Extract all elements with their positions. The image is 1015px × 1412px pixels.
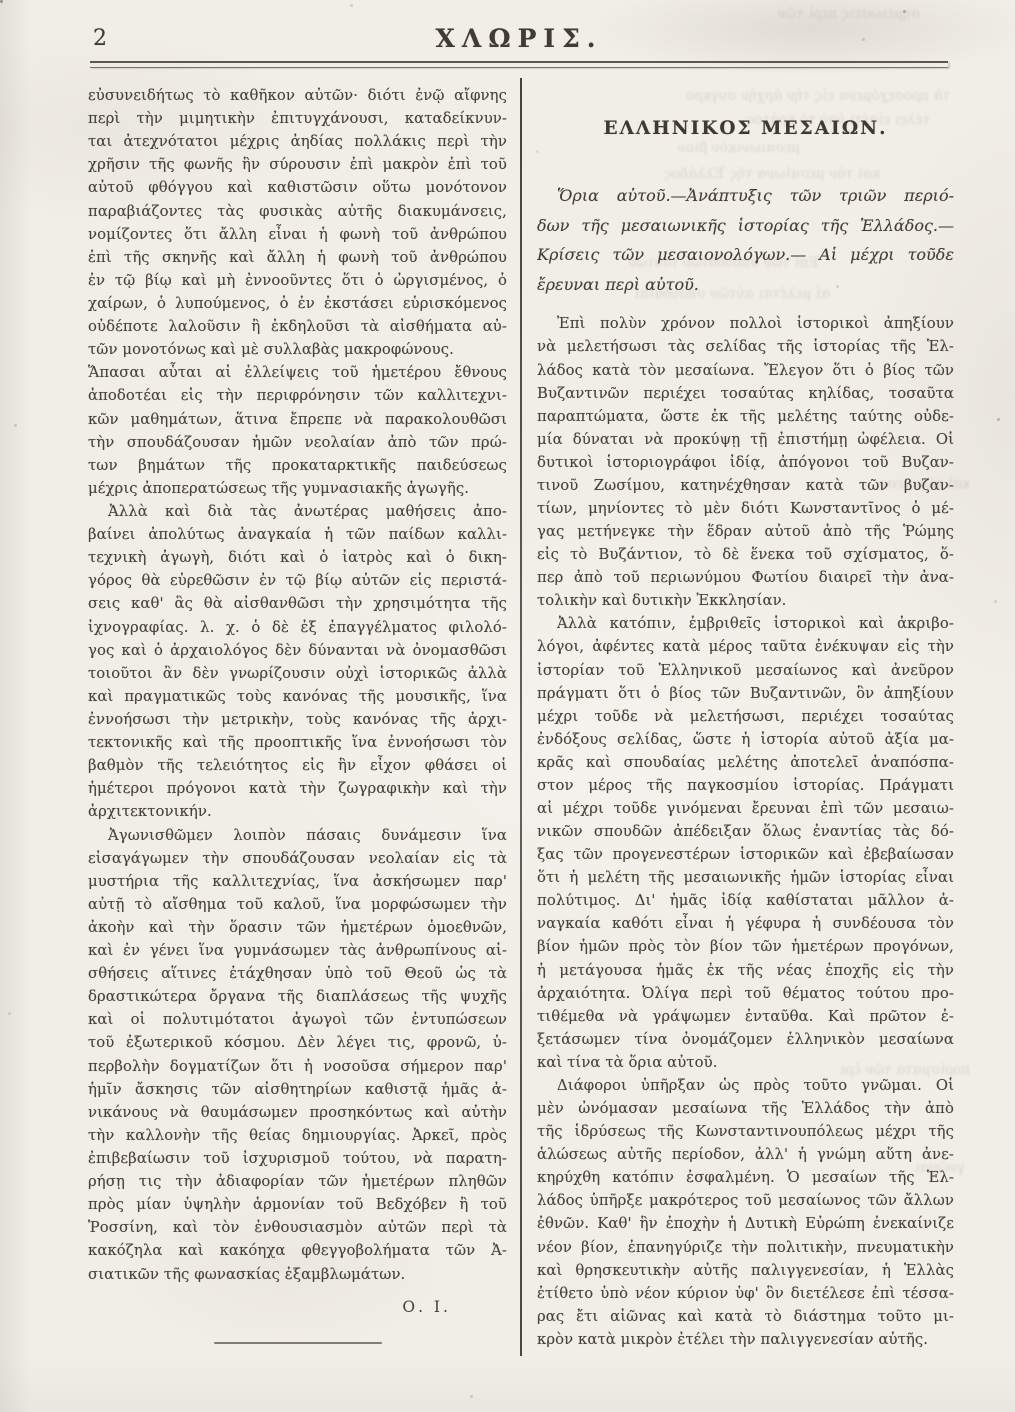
text-line: βαθμὸν τῆς τελειότητος εἰς ἣν εἶχον φθάσ… — [88, 754, 507, 777]
text-line: χρῆσιν τῆς φωνῆς ἣν σύρουσιν ἐπὶ μακρὸν … — [88, 153, 507, 176]
text-line: παραπτώματα, ὥστε ἐκ τῆς μελέτης ταύτης … — [537, 405, 954, 428]
article-body: Ἐπὶ πολὺν χρόνον πολλοὶ ἱστορικοὶ ἀπηξίο… — [537, 312, 954, 1351]
text-line: νικῶν σπουδῶν ἀπέδειξαν ὅλως ἐναντίας τὰ… — [537, 820, 954, 843]
text-line: ναγκαία καθότι εἶναι ἡ γέφυρα ἡ συνδέουσ… — [537, 912, 954, 935]
text-line: τολικὴν καὶ δυτικὴν Ἐκκλησίαν. — [537, 589, 954, 612]
text-line: ἀποδοτέαι εἰς τὴν περιφρόνησιν τῶν καλλι… — [88, 384, 507, 407]
text-line: ἡμῖν ἄσκησις τῶν αἰσθητηρίων καθιστᾷ ἡμᾶ… — [88, 1078, 507, 1101]
text-line: νομίζοντες ὅτι ἄλλη εἶναι ἡ φωνὴ τοῦ ἀνθ… — [88, 223, 507, 246]
text-line: δυτικοὶ ἱστοριογράφοι ἰδίᾳ, ἀπόγονοι τοῦ… — [537, 451, 954, 474]
text-line: ἀκοὴν καὶ τὴν ὅρασιν τῶν ἡμετέρων ὁμοεθν… — [88, 916, 507, 939]
text-line: τίων, μηνίοντες τὸ μὲν διότι Κωνσταντῖνο… — [537, 497, 954, 520]
bleedthrough-line: σημειώσεις περὶ τῶν — [760, 6, 920, 22]
text-line: κακόζηλα καὶ κακόηχα φθεγγοβολήματα τῶν … — [88, 1239, 507, 1262]
text-line: πρὸς μίαν ὑψηλὴν ἁρμονίαν τοῦ Βεδχόβεν ἢ… — [88, 1193, 507, 1216]
text-line: κῶν μαθημάτων, ἅτινα ἔπρεπε νὰ παρακολου… — [88, 408, 507, 431]
text-line: ται ἀτεχνότατοι μέχρις ἀηδίας πολλάκις π… — [88, 130, 507, 153]
text-line: σθήσεις αἵτινες ἐτάχθησαν ὑπὸ τοῦ Θεοῦ ὡ… — [88, 962, 507, 985]
text-line: Ἀγωνισθῶμεν λοιπὸν πάσαις δυνάμεσιν ἵνα — [88, 824, 507, 847]
text-line: καὶ τίνα τὰ ὅρια αὐτοῦ. — [537, 1051, 954, 1074]
left-column-text: εὐσυνειδήτως τὸ καθῆκον αὐτῶν· διότι ἐνῷ… — [88, 84, 507, 1286]
text-line: καὶ θρησκευτικὴν αὐτῆς παλιγγενεσίαν, ἡ … — [537, 1259, 954, 1282]
text-line: Ἀλλὰ καὶ διὰ τὰς ἀνωτέρας μαθήσεις ἀπο- — [88, 500, 507, 523]
text-line: λάδος ὑπῆρξε μακρότερος τοῦ μεσαίωνος τῶ… — [537, 1189, 954, 1212]
text-line: μία δύναται νὰ προκύψῃ τῇ ἐπιστήμῃ ὠφέλε… — [537, 428, 954, 451]
text-line: κρᾶς καὶ σπουδαίας μελέτης ἀποτελεῖ ἀναπ… — [537, 751, 954, 774]
text-line: Ῥοσσίνη, καὶ τὸν ἐνθουσιασμὸν αὐτῶν περὶ… — [88, 1216, 507, 1239]
text-line: Ἅπασαι αὗται αἱ ἐλλείψεις τοῦ ἡμετέρου ἔ… — [88, 361, 507, 384]
text-line: αὐτοῦ φθόγγου καὶ καθιστῶσιν οὕτω μονότο… — [88, 176, 507, 199]
text-line: νὰ μελετήσωσι τὰς σελίδας τῆς ἱστορίας τ… — [537, 335, 954, 358]
text-line: εἰσαγάγωμεν τὴν σπουδάζουσαν νεολαίαν εἰ… — [88, 847, 507, 870]
text-line: γόρος θὰ εὑρεθῶσιν ἐν τῷ βίῳ αὐτῶν εἰς π… — [88, 569, 507, 592]
text-line: μέχρι τοῦδε νὰ μελετήσωσι, περιέχει τοσα… — [537, 705, 954, 728]
masthead-title: ΧΛΩΡΙΣ. — [90, 24, 948, 53]
text-line: πράγματι ὅτι ὁ βίος τῶν Βυζαντινῶν, ὃν ἀ… — [537, 682, 954, 705]
text-line: πολύτιμος. Δι' ἡμᾶς ἰδίᾳ καθίσταται μᾶλλ… — [537, 889, 954, 912]
text-line: τοῦ ἐξωτερικοῦ κόσμου. Δὲν λέγει τις, φρ… — [88, 1031, 507, 1054]
text-line: αὐτῇ τὸ αἴσθημα τοῦ καλοῦ, ἵνα μορφώσωμε… — [88, 893, 507, 916]
subtitle-line: ἔρευναι περὶ αὐτοῦ. — [537, 270, 954, 300]
text-line: εὐσυνειδήτως τὸ καθῆκον αὐτῶν· διότι ἐνῷ… — [88, 84, 507, 107]
text-line: βίον ἡμῶν πρὸς τὸν βίον τῶν ἡμετέρων προ… — [537, 935, 954, 958]
text-line: τεκτονικῆς καὶ τῆς προοπτικῆς ἵνα ἐννοήσ… — [88, 731, 507, 754]
column-divider — [520, 78, 522, 1356]
text-line: καὶ ἐν γένει ἵνα γυμνάσωμεν τὰς ἀνθρωπίν… — [88, 939, 507, 962]
article-subtitle: Ὅρια αὐτοῦ.—Ἀνάπτυξις τῶν τριῶν περιό-δω… — [537, 181, 954, 299]
text-line: Βυζαντινῶν περιέχει τοσαύτας κηλίδας, το… — [537, 382, 954, 405]
text-line: τιθέμεθα νὰ γράψωμεν ἐνταῦθα. Καὶ πρῶτον… — [537, 1005, 954, 1028]
left-column-article: εὐσυνειδήτως τὸ καθῆκον αὐτῶν· διότι ἐνῷ… — [88, 84, 507, 1344]
text-line: γας μετήνεγκε τὴν ἕδραν αὐτοῦ ἀπὸ τῆς Ῥώ… — [537, 520, 954, 543]
text-line: τῆς ἱδρύσεως τῆς Κωνσταντινουπόλεως μέχρ… — [537, 1120, 954, 1143]
text-line: ρήσῃ τις τὴν ἀδιαφορίαν τῶν ἡμετέρων πλη… — [88, 1170, 507, 1193]
text-line: ξετάσωμεν τίνα ὀνομάζομεν ἑλληνικὸν μεσα… — [537, 1028, 954, 1051]
text-line: ρας ἔτι αἰῶνας καὶ κατὰ τὸ διάστημα τοῦτ… — [537, 1305, 954, 1328]
text-line: περβολὴν δογματίζων ὅτι ἡ νοσοῦσα σήμερο… — [88, 1055, 507, 1078]
text-line: χαίρων, ὁ λυπούμενος, ὁ ἐν ἐκστάσει εὑρι… — [88, 292, 507, 315]
text-line: τὴν καλλονὴν τῆς θείας δημιουργίας. Ἀρκε… — [88, 1124, 507, 1147]
text-line: βαίνει ἀπολύτως ἀναγκαία ἡ τῶν παίδων κα… — [88, 523, 507, 546]
text-line: των βημάτων τῆς προκαταρκτικῆς παιδεύσεω… — [88, 454, 507, 477]
newspaper-page: σημειώσεις περὶ τῶντὰ προσεχόμενα εἰς τὴ… — [0, 0, 1015, 1412]
text-line: αἱ μέχρι τοῦδε γινόμεναι ἔρευναι ἐπὶ τῶν… — [537, 797, 954, 820]
text-line: καὶ πραγματικῶς τοὺς κανόνας τῆς μουσικῆ… — [88, 685, 507, 708]
text-line: περ ἀπὸ τοῦ περιωνύμου Φωτίου διαιρεῖ τὴ… — [537, 566, 954, 589]
text-line: Ἐπὶ πολὺν χρόνον πολλοὶ ἱστορικοὶ ἀπηξίο… — [537, 312, 954, 335]
text-line: ἐν τῷ βίῳ καὶ μὴ ἐννοοῦντες ὅτι ὁ ὠργισμ… — [88, 269, 507, 292]
subtitle-line: δων τῆς μεσαιωνικῆς ἱστορίας τῆς Ἑλλάδος… — [537, 211, 954, 241]
text-line: ἐθνῶν. Καθ' ἣν ἐποχὴν ἡ Δυτικὴ Εὐρώπη ἐν… — [537, 1212, 954, 1235]
text-line: σεις καθ' ἃς θὰ αἰσθανθῶσι τὴν χρησιμότη… — [88, 592, 507, 615]
right-column-article: ΕΛΛΗΝΙΚΟΣ ΜΕΣΑΙΩΝ. Ὅρια αὐτοῦ.—Ἀνάπτυξις… — [537, 84, 954, 1351]
text-line: ἐπὶ τῆς σκηνῆς καὶ ἄλλη ἡ φωνὴ τοῦ ἀνθρώ… — [88, 246, 507, 269]
text-line: ἡμέτεροι πρόγονοι κατὰ τὴν ζωγραφικὴν κα… — [88, 777, 507, 800]
text-line: τεχνικὴ ἀγωγὴ, διότι καὶ ὁ ἰατρὸς καὶ ὁ … — [88, 546, 507, 569]
article-end-rule — [214, 1342, 382, 1344]
text-line: λάδος κατὰ τὸν μεσαίωνα. Ἔλεγον ὅτι ὁ βί… — [537, 359, 954, 382]
text-line: τινοῦ Ζωσίμου, κατηνέχθησαν κατὰ τῶν βυζ… — [537, 474, 954, 497]
text-line: κρὸν κατὰ μικρὸν ἐτέλει τὴν παλιγγενεσία… — [537, 1328, 954, 1351]
text-line: στον μέρος τῆς παγκοσμίου ἱστορίας. Πράγ… — [537, 774, 954, 797]
text-line: λόγοι, ἀφέντες κατὰ μέρος ταῦτα ἐνέκυψαν… — [537, 635, 954, 658]
subtitle-line: Κρίσεις τῶν μεσαιονολόγων.— Αἱ μέχρι τοῦ… — [537, 240, 954, 270]
text-line: εἰς τὸ Βυζάντιον, τὸ δὲ ἕνεκα τοῦ σχίσμα… — [537, 543, 954, 566]
text-line: ἀρχιτεκτονικήν. — [88, 800, 507, 823]
text-line: ἐννοήσωσι τὴν μετρικὴν, τοὺς κανόνας τῆς… — [88, 708, 507, 731]
text-line: ἰχνογραφίας. λ. χ. ὁ δὲ ἐξ ἐπαγγέλματος … — [88, 616, 507, 639]
text-line: νέον βίον, ἐπανηγύριζε τὴν πολιτικὴν, πν… — [537, 1236, 954, 1259]
author-initials: Ο. Ι. — [88, 1298, 507, 1316]
text-line: τοιοῦτοι ἂν δὲν γνωρίζουσιν οὐχὶ ἱστορικ… — [88, 662, 507, 685]
text-line: μὲν ὠνόμασαν μεσαίωνα τῆς Ἑλλάδος τὴν ἀπ… — [537, 1097, 954, 1120]
text-line: ξας τῶν προγενεστέρων ἱστορικῶν καὶ ἐβεβ… — [537, 843, 954, 866]
text-line: περὶ τὴν μιμητικὴν ἐπιτυγχάνουσι, καταδε… — [88, 107, 507, 130]
text-line: μυστήρια τῆς καλλιτεχνίας, ἵνα ἀσκήσωμεν… — [88, 870, 507, 893]
text-line: ἱστορίαν τοῦ Ἑλληνικοῦ μεσαίωνος καὶ ἀνε… — [537, 659, 954, 682]
text-line: οὐδέποτε λαλοῦσιν ἢ ἐκδηλοῦσι τὰ αἰσθήμα… — [88, 315, 507, 338]
text-line: σιατικῶν τῆς φωνασκίας ἐξαμβλωμάτων. — [88, 1263, 507, 1286]
text-line: δραστικώτερα ὄργανα τῆς διαπλάσεως τῆς ψ… — [88, 985, 507, 1008]
text-line: κηρύχθη κατόπιν ἐσφαλμένη. Ὁ μεσαίων τῆς… — [537, 1166, 954, 1189]
text-line: μέχρις ἀποπερατώσεως τῆς γυμνασιακῆς ἀγω… — [88, 477, 507, 500]
text-line: τὴν σπουδάζουσαν ἡμῶν νεολαίαν ἀπὸ τῶν π… — [88, 431, 507, 454]
text-line: ἁλώσεως αὐτῆς περίοδον, ἀλλ' ἡ γνώμη αὕτ… — [537, 1143, 954, 1166]
text-line: ἐνδόξους σελίδας, ὥστε ἡ ἱστορία αὐτοῦ ἀ… — [537, 728, 954, 751]
text-line: ὅτι ἡ μελέτη τῆς μεσαιωνικῆς ἡμῶν ἱστορί… — [537, 866, 954, 889]
article-title: ΕΛΛΗΝΙΚΟΣ ΜΕΣΑΙΩΝ. — [537, 118, 954, 139]
subtitle-line: Ὅρια αὐτοῦ.—Ἀνάπτυξις τῶν τριῶν περιό- — [537, 181, 954, 211]
text-line: παραβιάζοντες τὰς φυσικὰς αὐτῆς διακυμάν… — [88, 200, 507, 223]
text-line: καὶ οἱ πολυτιμότατοι ἀγωγοὶ τῶν ἐντυπώσε… — [88, 1008, 507, 1031]
text-line: ἡ μετάγουσα ἡμᾶς ἐκ τῆς νέας ἐποχῆς εἰς … — [537, 959, 954, 982]
text-line: ἐπιβεβαίωσιν τοῦ ἰσχυρισμοῦ τούτου, νὰ π… — [88, 1147, 507, 1170]
text-line: τῶν μονοτόνως καὶ μὲ συλλαβὰς μακροφώνου… — [88, 338, 507, 361]
text-line: ἀρχαιότητα. Ὀλίγα περὶ τοῦ θέματος τούτο… — [537, 982, 954, 1005]
header-rule — [90, 61, 948, 68]
text-line: ἐτίθετο ὑπὸ νέον κύριον ὑφ' ὃν διετέλεσε… — [537, 1282, 954, 1305]
text-line: γος καὶ ὁ ἀρχαιολόγος δὲν δύνανται νὰ ὀν… — [88, 639, 507, 662]
text-line: νικάνους νὰ θαυμάσωμεν προσηκόντως καὶ α… — [88, 1101, 507, 1124]
text-line: Διάφοροι ὑπῆρξαν ὡς πρὸς τοῦτο γνῶμαι. Ο… — [537, 1074, 954, 1097]
text-line: Ἀλλὰ κατόπιν, ἐμβριθεῖς ἱστορικοὶ καὶ ἀκ… — [537, 612, 954, 635]
